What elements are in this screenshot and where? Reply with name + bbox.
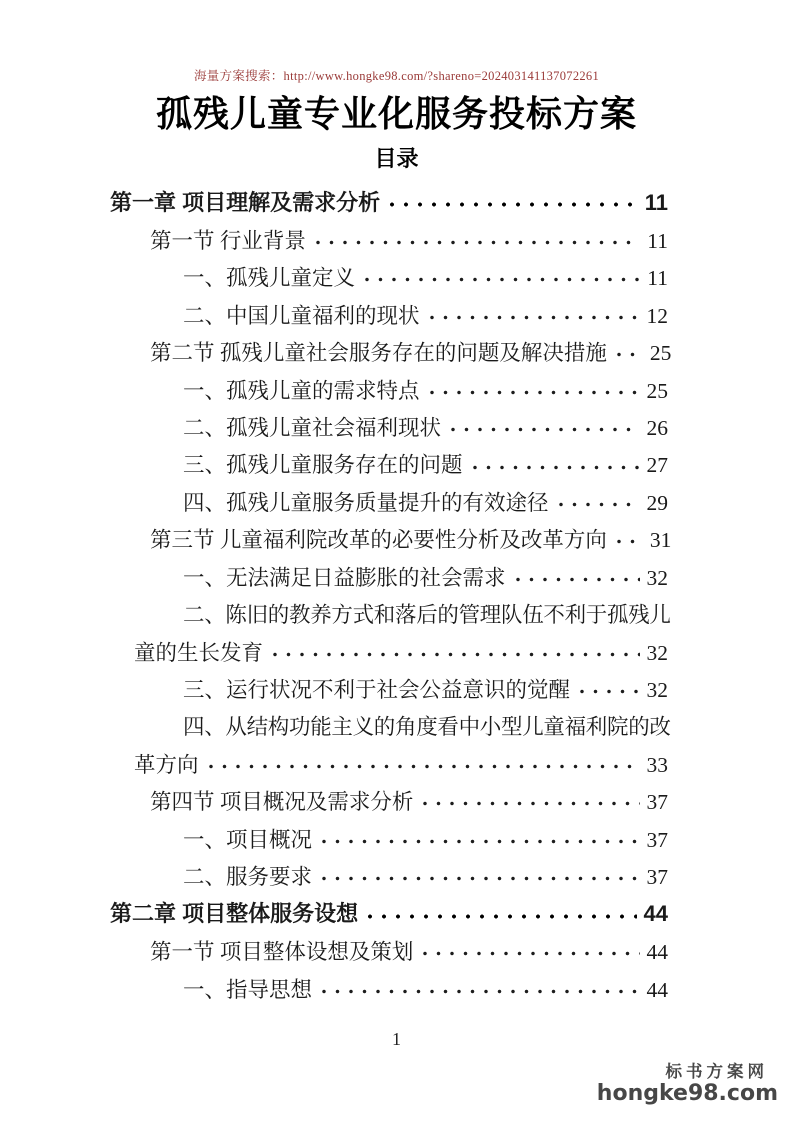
- toc-entry-label: 第三节 儿童福利院改革的必要性分析及改革方向: [150, 528, 607, 552]
- toc-entry: 一、指导思想44: [110, 964, 668, 1001]
- dot-leader: [314, 215, 640, 252]
- dot-leader: [421, 927, 639, 964]
- toc-entry-label: 一、无法满足日益膨胀的社会需求: [183, 566, 506, 590]
- toc-entry-label: 第一章 项目理解及需求分析: [110, 191, 380, 216]
- toc-entry-label: 第四节 项目概况及需求分析: [150, 790, 413, 814]
- dot-leader: [363, 253, 640, 290]
- toc-entry: 第一章 项目理解及需求分析11: [110, 178, 668, 215]
- toc-entry-page: 25: [647, 379, 669, 403]
- dot-leader: [615, 515, 643, 552]
- toc-entry: 二、服务要求37: [110, 852, 668, 889]
- toc-entry-line: 二、陈旧的教养方式和落后的管理队伍不利于孤残儿: [110, 590, 668, 627]
- toc-entry-label: 二、中国儿童福利的现状: [183, 304, 420, 328]
- dot-leader: [514, 552, 640, 589]
- toc-entry-label: 二、陈旧的教养方式和落后的管理队伍不利于孤残儿: [183, 603, 671, 627]
- toc-entry: 第四节 项目概况及需求分析37: [110, 777, 668, 814]
- toc-entry: 一、项目概况37: [110, 814, 668, 851]
- toc-entry-page: 29: [647, 491, 669, 515]
- toc-entry-page: 32: [647, 678, 669, 702]
- toc-entry-line: 童的生长发育32: [110, 627, 668, 664]
- toc-entry-page: 37: [647, 790, 669, 814]
- toc-entry-page: 25: [650, 341, 672, 365]
- toc-entry-page: 44: [647, 978, 669, 1002]
- toc-entry: 一、孤残儿童定义11: [110, 253, 668, 290]
- header-search-url[interactable]: 海量方案搜索：http://www.hongke98.com/?shareno=…: [0, 66, 793, 84]
- toc-entry-label: 第二节 孤残儿童社会服务存在的问题及解决措施: [150, 341, 607, 365]
- dot-leader: [271, 627, 639, 664]
- dot-leader: [320, 852, 639, 889]
- toc-entry-label: 二、孤残儿童社会福利现状: [183, 416, 441, 440]
- toc-entry: 四、孤残儿童服务质量提升的有效途径29: [110, 478, 668, 515]
- toc-entry-label: 一、孤残儿童的需求特点: [183, 379, 420, 403]
- toc-entry-page: 11: [645, 191, 668, 216]
- toc-entry-page: 27: [647, 453, 669, 477]
- toc-entry-page: 32: [647, 566, 669, 590]
- page-number: 1: [0, 1029, 793, 1050]
- dot-leader: [557, 478, 640, 515]
- toc-entry-label: 第一节 项目整体设想及策划: [150, 940, 413, 964]
- toc-entry: 一、孤残儿童的需求特点25: [110, 365, 668, 402]
- toc-entry-line: 革方向33: [110, 740, 668, 777]
- table-of-contents: 第一章 项目理解及需求分析11第一节 行业背景11一、孤残儿童定义11二、中国儿…: [110, 178, 668, 1002]
- toc-entry-label: 二、服务要求: [183, 865, 312, 889]
- toc-entry-label: 一、孤残儿童定义: [183, 266, 355, 290]
- toc-entry: 一、无法满足日益膨胀的社会需求32: [110, 552, 668, 589]
- toc-entry-page: 33: [647, 753, 669, 777]
- toc-entry: 二、中国儿童福利的现状12: [110, 290, 668, 327]
- toc-entry-label: 第二章 项目整体服务设想: [110, 902, 358, 927]
- toc-entry-label: 革方向: [134, 753, 199, 777]
- dot-leader: [366, 889, 636, 926]
- toc-entry: 第三节 儿童福利院改革的必要性分析及改革方向31: [110, 515, 668, 552]
- dot-leader: [471, 440, 640, 477]
- toc-entry-label: 第一节 行业背景: [150, 229, 306, 253]
- dot-leader: [578, 665, 639, 702]
- toc-entry-label: 一、项目概况: [183, 828, 312, 852]
- dot-leader: [421, 777, 639, 814]
- dot-leader: [615, 328, 643, 365]
- toc-entry-page: 31: [650, 528, 672, 552]
- toc-entry: 三、孤残儿童服务存在的问题27: [110, 440, 668, 477]
- toc-entry-page: 12: [647, 304, 669, 328]
- toc-entry-label: 三、运行状况不利于社会公益意识的觉醒: [183, 678, 570, 702]
- dot-leader: [428, 365, 640, 402]
- dot-leader: [428, 290, 640, 327]
- toc-entry: 第二节 孤残儿童社会服务存在的问题及解决措施25: [110, 328, 668, 365]
- dot-leader: [449, 403, 639, 440]
- document-title: 孤残儿童专业化服务投标方案: [0, 86, 793, 137]
- toc-entry: 二、孤残儿童社会福利现状26: [110, 403, 668, 440]
- toc-entry: 第一节 项目整体设想及策划44: [110, 927, 668, 964]
- toc-entry-page: 44: [647, 940, 669, 964]
- toc-entry: 第一节 行业背景11: [110, 215, 668, 252]
- toc-entry-page: 44: [644, 902, 668, 927]
- dot-leader: [320, 964, 639, 1001]
- toc-entry-page: 37: [647, 828, 669, 852]
- toc-entry: 第二章 项目整体服务设想44: [110, 889, 668, 926]
- watermark-site-name: 标书方案网: [597, 1064, 778, 1081]
- site-watermark: 标书方案网 hongke98.com: [597, 1064, 778, 1105]
- toc-entry-label: 三、孤残儿童服务存在的问题: [183, 453, 463, 477]
- watermark-site-domain: hongke98.com: [597, 1083, 778, 1105]
- document-page: 海量方案搜索：http://www.hongke98.com/?shareno=…: [0, 0, 793, 1122]
- dot-leader: [207, 740, 640, 777]
- toc-entry-label: 四、孤残儿童服务质量提升的有效途径: [183, 491, 549, 515]
- toc-entry-line: 四、从结构功能主义的角度看中小型儿童福利院的改: [110, 702, 668, 739]
- dot-leader: [320, 814, 639, 851]
- toc-entry-page: 37: [647, 865, 669, 889]
- toc-entry-page: 26: [647, 416, 669, 440]
- toc-entry-page: 32: [647, 641, 669, 665]
- toc-entry: 三、运行状况不利于社会公益意识的觉醒32: [110, 665, 668, 702]
- toc-entry-page: 11: [647, 266, 668, 290]
- dot-leader: [388, 178, 638, 215]
- toc-entry-page: 11: [647, 229, 668, 253]
- toc-heading: 目录: [0, 142, 793, 173]
- toc-entry-label: 四、从结构功能主义的角度看中小型儿童福利院的改: [183, 715, 671, 739]
- toc-entry-label: 童的生长发育: [134, 641, 263, 665]
- toc-entry-label: 一、指导思想: [183, 978, 312, 1002]
